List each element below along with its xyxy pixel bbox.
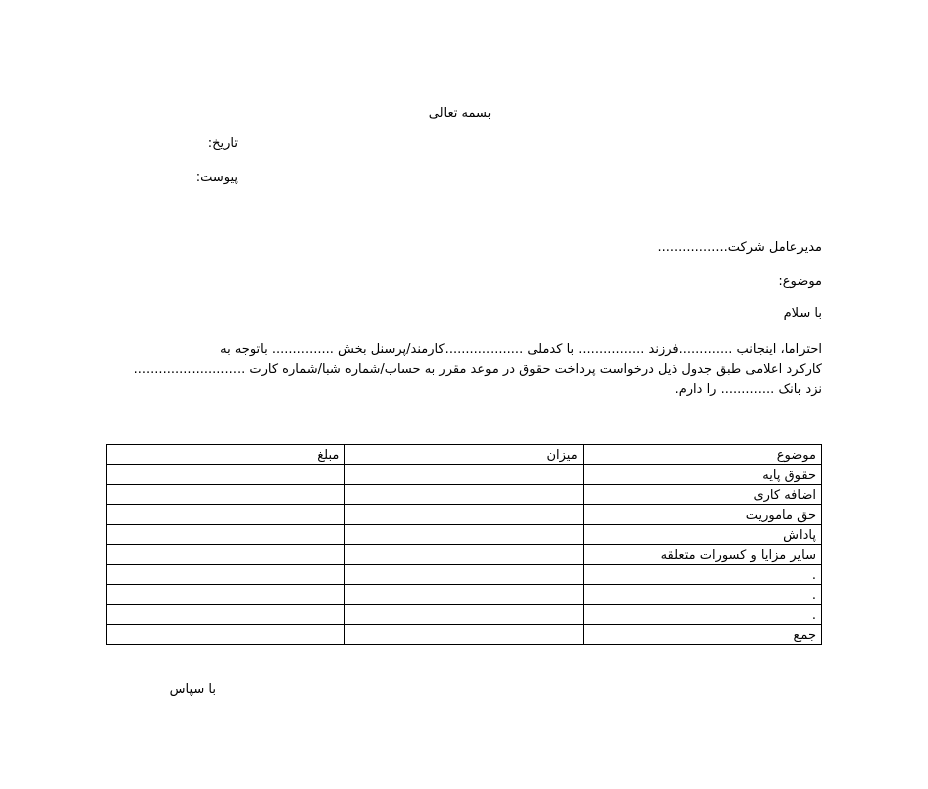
row-quantity[interactable] — [345, 585, 583, 605]
subject-label: موضوع: — [778, 274, 822, 290]
table-header-row: موضوع میزان مبلغ — [107, 445, 822, 465]
paragraph-line: احتراما، اینجانب .............فرزند ....… — [106, 340, 822, 360]
row-amount[interactable] — [107, 545, 345, 565]
row-amount[interactable] — [107, 505, 345, 525]
row-subject: حقوق پایه — [583, 465, 821, 485]
row-subject: اضافه کاری — [583, 485, 821, 505]
table-row: . — [107, 585, 822, 605]
header-subject: موضوع — [583, 445, 821, 465]
row-subject: پاداش — [583, 525, 821, 545]
row-quantity[interactable] — [345, 605, 583, 625]
salary-table: موضوع میزان مبلغ حقوق پایه اضافه کاری حق… — [106, 444, 822, 645]
document-heading: بسمه تعالی — [380, 106, 540, 122]
row-quantity[interactable] — [345, 485, 583, 505]
row-quantity[interactable] — [345, 505, 583, 525]
table-row: . — [107, 605, 822, 625]
table-row: پاداش — [107, 525, 822, 545]
date-label: تاریخ: — [208, 136, 238, 152]
row-subject: . — [583, 605, 821, 625]
request-paragraph: احتراما، اینجانب .............فرزند ....… — [106, 340, 822, 400]
row-quantity[interactable] — [345, 625, 583, 645]
row-subject: . — [583, 585, 821, 605]
row-quantity[interactable] — [345, 545, 583, 565]
closing-text: با سپاس — [170, 682, 216, 698]
paragraph-line: نزد بانک ............. را دارم. — [106, 380, 822, 400]
header-amount: مبلغ — [107, 445, 345, 465]
row-amount[interactable] — [107, 605, 345, 625]
row-amount[interactable] — [107, 525, 345, 545]
row-subject: جمع — [583, 625, 821, 645]
greeting: با سلام — [784, 306, 822, 322]
table-row: حقوق پایه — [107, 465, 822, 485]
recipient-line: مدیرعامل شرکت................. — [657, 240, 822, 256]
row-quantity[interactable] — [345, 465, 583, 485]
row-amount[interactable] — [107, 625, 345, 645]
row-amount[interactable] — [107, 565, 345, 585]
row-amount[interactable] — [107, 485, 345, 505]
header-quantity: میزان — [345, 445, 583, 465]
table-row: اضافه کاری — [107, 485, 822, 505]
row-subject: حق ماموریت — [583, 505, 821, 525]
row-amount[interactable] — [107, 465, 345, 485]
table-row: سایر مزایا و کسورات متعلقه — [107, 545, 822, 565]
row-quantity[interactable] — [345, 565, 583, 585]
table-row: . — [107, 565, 822, 585]
attachment-label: پیوست: — [196, 170, 238, 186]
row-subject: سایر مزایا و کسورات متعلقه — [583, 545, 821, 565]
row-subject: . — [583, 565, 821, 585]
row-amount[interactable] — [107, 585, 345, 605]
paragraph-line: کارکرد اعلامی طبق جدول ذیل درخواست پرداخ… — [106, 360, 822, 380]
row-quantity[interactable] — [345, 525, 583, 545]
table-row: حق ماموریت — [107, 505, 822, 525]
table-total-row: جمع — [107, 625, 822, 645]
